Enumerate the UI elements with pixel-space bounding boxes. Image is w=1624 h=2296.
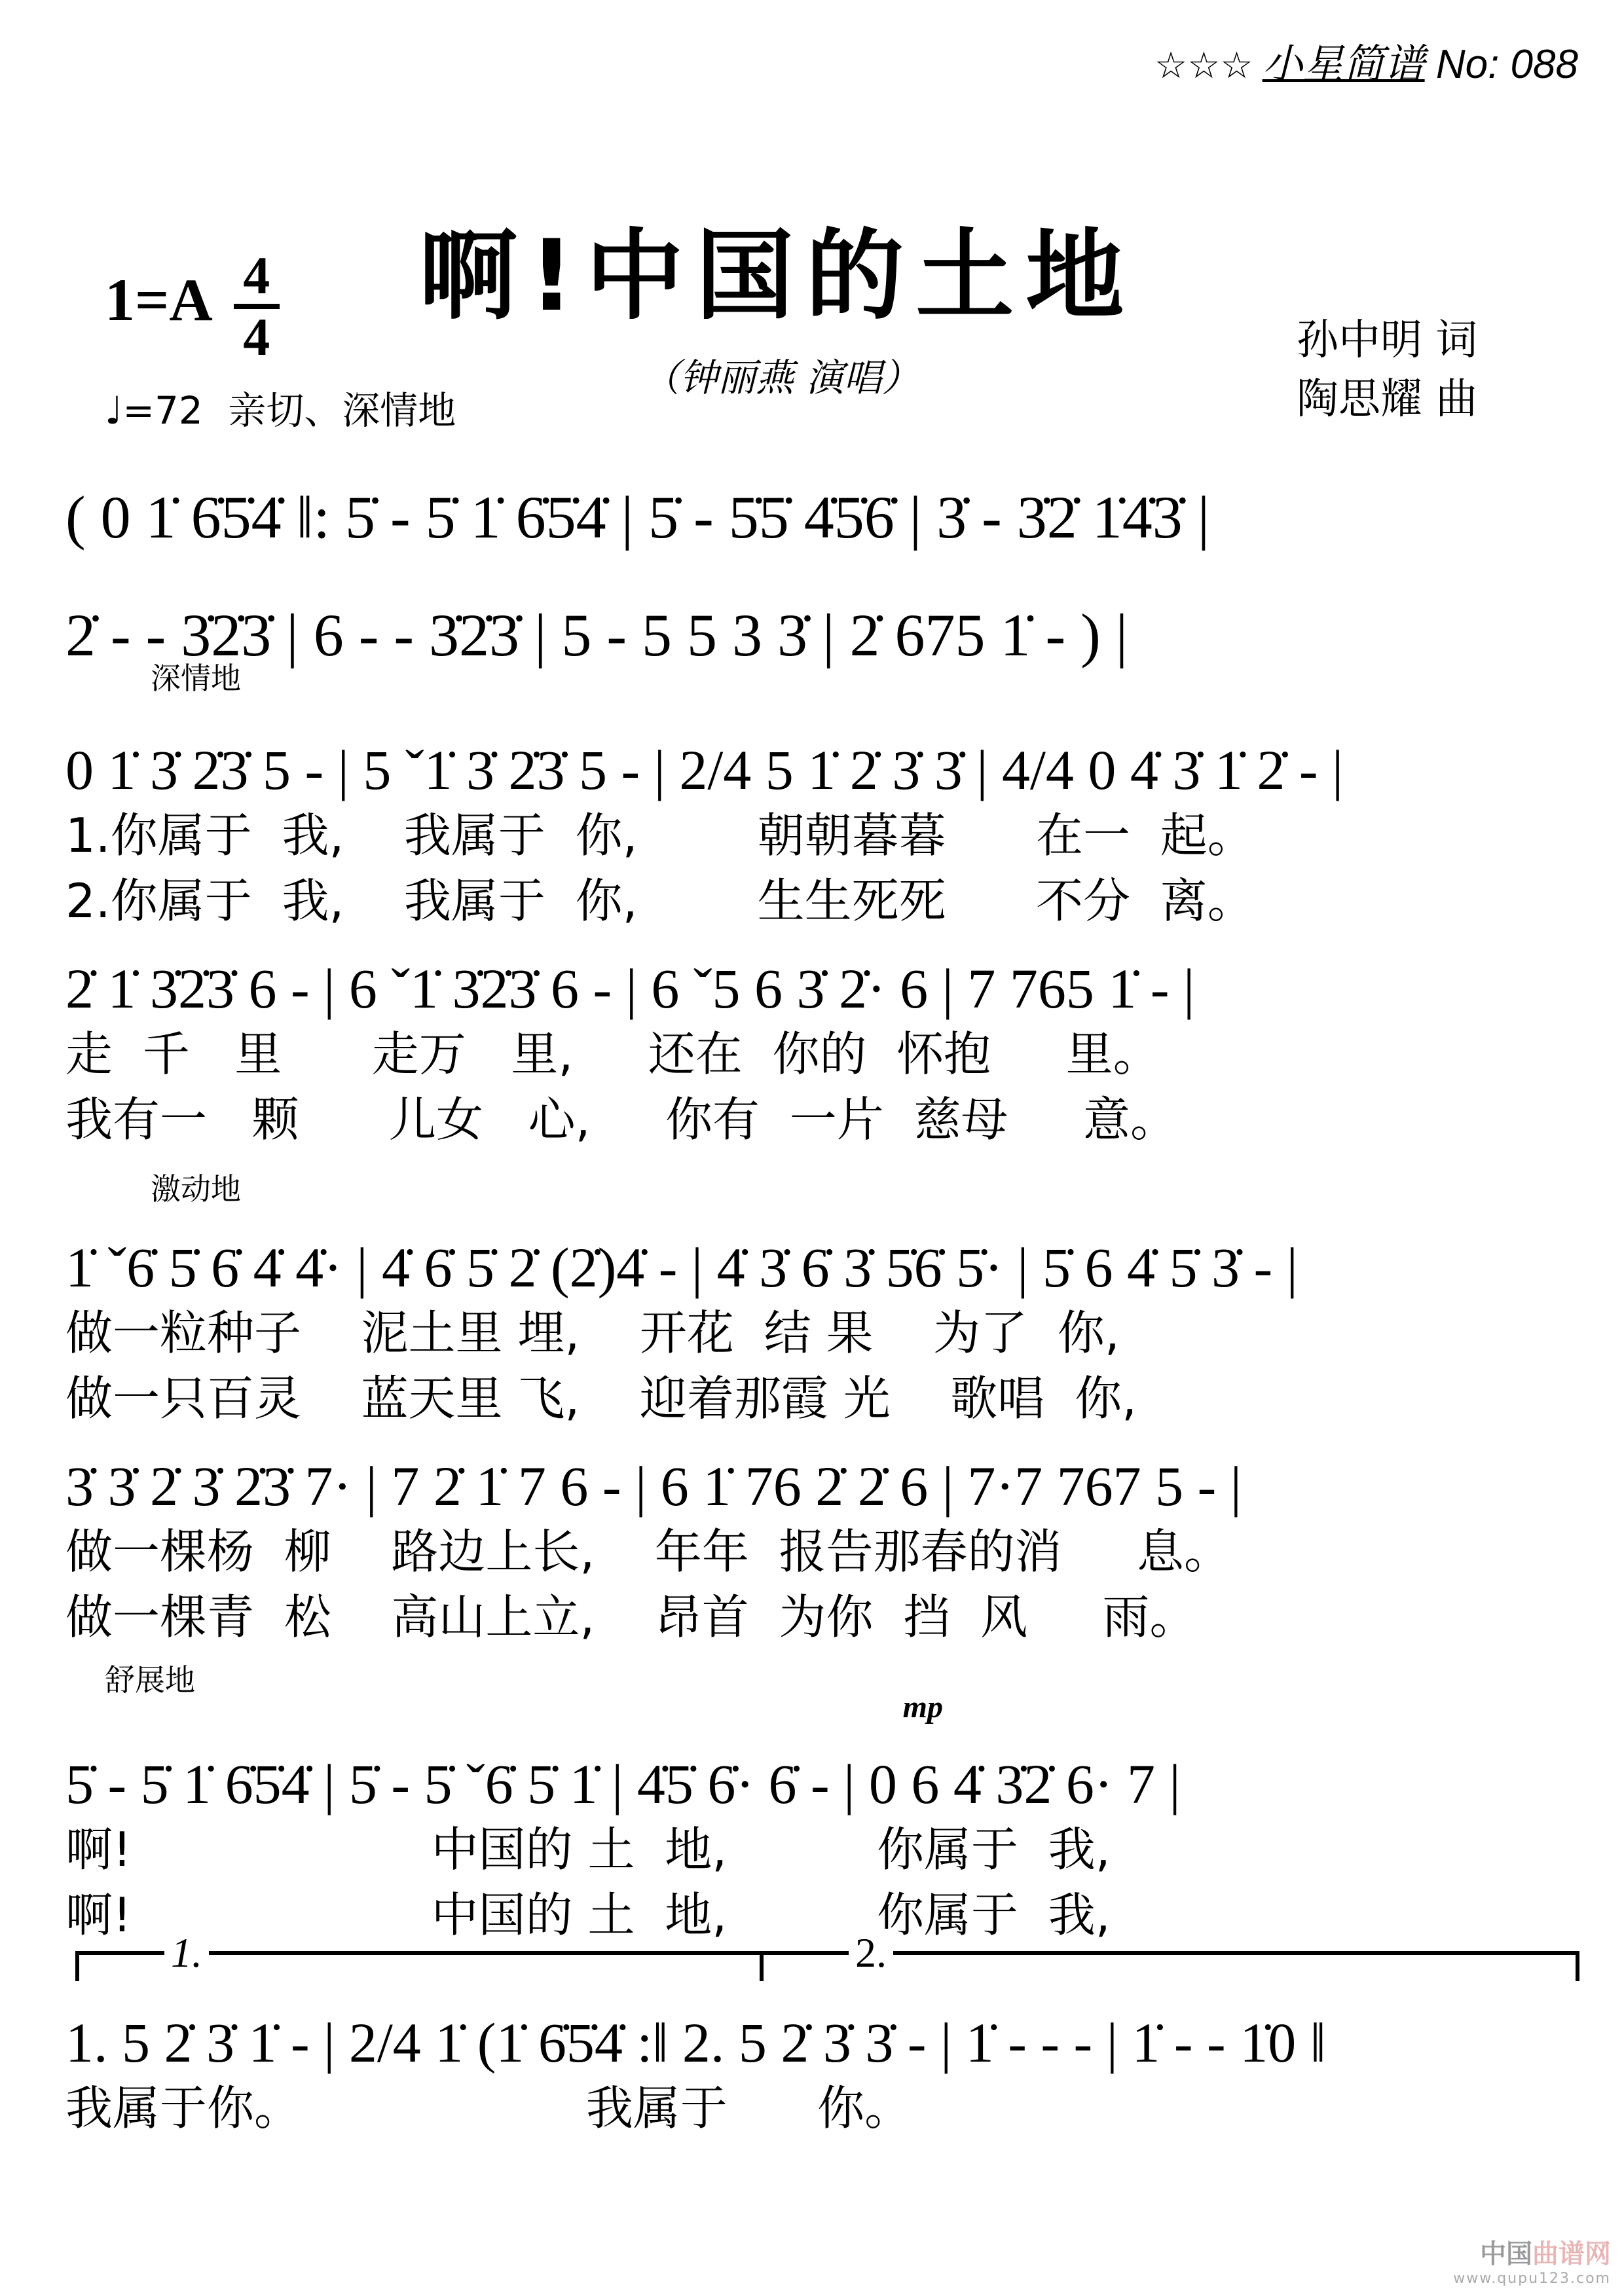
system-4: 2̇ 1̇ 3̇2̇3̇ 6 - | 6 ˇ1̇ 3̇2̇3̇ 6 - | 6 … [65, 930, 1545, 1152]
score-number: No: 088 [1436, 42, 1578, 87]
volta-2-label: 2. [849, 1929, 893, 1977]
expression-mark: 激动地 [151, 1165, 1545, 1209]
site-watermark: 中国曲谱网 www.qupu123.com [1453, 2233, 1611, 2287]
brand-link[interactable]: 小星简谱 [1263, 42, 1425, 87]
time-sig-bottom: 4 [234, 310, 280, 364]
system-5: 激动地 1̇ ˇ6̇ 5̇ 6̇ 4̇ 4̇· | 4̇ 6̇ 5̇ 2̇ (2… [65, 1165, 1545, 1431]
lyric-verse-2: 做一棵青 松 高山上立, 昂首 为你 挡 风 雨。 [65, 1584, 1545, 1650]
time-sig-top: 4 [234, 249, 280, 302]
notation-line: ( 0 1̇ 6̇5̇4̇ ‖: 5̇ - 5̇ 1̇ 6̇5̇4̇ | 5̇ … [65, 458, 1545, 550]
lyric-verse-2: 2.你属于 我, 我属于 你, 生生死死 不分 离。 [65, 868, 1545, 934]
expression-mark: 深情地 [151, 655, 1545, 698]
lyric-verse-2: 我有一 颗 儿女 心, 你有 一片 慈母 意。 [65, 1087, 1545, 1152]
system-1: ( 0 1̇ 6̇5̇4̇ ‖: 5̇ - 5̇ 1̇ 6̇5̇4̇ | 5̇ … [65, 458, 1545, 550]
system-3: 深情地 0 1̇ 3̇ 2̇3̇ 5 - | 5 ˇ1̇ 3̇ 2̇3̇ 5 -… [65, 655, 1545, 934]
lyric-verse-1: 我属于你。 我属于 你。 [65, 2075, 1545, 2141]
notation-line: 0 1̇ 3̇ 2̇3̇ 5 - | 5 ˇ1̇ 3̇ 2̇3̇ 5 - | 2… [65, 711, 1545, 803]
key: 1=A [105, 266, 210, 333]
collection-tag: ☆☆☆小星简谱 No: 088 [1154, 31, 1578, 90]
expression-mark: 舒展地 [105, 1656, 195, 1725]
dynamic-mark: mp [903, 1689, 943, 1725]
time-signature: 4 4 [234, 249, 280, 364]
watermark-name-a: 中国 [1480, 2239, 1532, 2269]
system-6: 3̇ 3̇ 2̇ 3̇ 2̇3̇ 7· | 7 2̇ 1̇ 7 6 - | 6 … [65, 1427, 1545, 1650]
notation-line: 5̇ - 5̇ 1̇ 6̇5̇4̇ | 5̇ - 5̇ ˇ6̇ 5̇ 1̇ | … [65, 1725, 1545, 1817]
volta-1-bracket: 1. [75, 1951, 760, 1981]
system-2: 2̇ - - 3̇2̇3̇ | 6 - - 3̇2̇3̇ | 5 - 5 5 3… [65, 576, 1545, 668]
lyric-verse-2: 做一只百灵 蓝天里 飞, 迎着那霞 光 歌唱 你, [65, 1366, 1545, 1431]
rating-stars-icon: ☆☆☆ [1154, 45, 1253, 86]
watermark-logo: 中国曲谱网 [1453, 2233, 1611, 2270]
watermark-url: www.qupu123.com [1453, 2270, 1611, 2287]
composer: 陶思耀 曲 [1297, 370, 1477, 429]
lyric-verse-1: 啊! 中国的 土 地, 你属于 我, [65, 1817, 1545, 1882]
watermark-name-b: 曲谱网 [1532, 2239, 1611, 2269]
notation-line: 1̇ ˇ6̇ 5̇ 6̇ 4̇ 4̇· | 4̇ 6̇ 5̇ 2̇ (2̇)4̇… [65, 1209, 1545, 1300]
expression: 亲切、深情地 [228, 388, 456, 433]
key-signature: 1=A 4 4 [105, 249, 280, 364]
notation-line: 2̇ - - 3̇2̇3̇ | 6 - - 3̇2̇3̇ | 5 - 5 5 3… [65, 576, 1545, 668]
lyric-verse-1: 做一粒种子 泥土里 埋, 开花 结 果 为了 你, [65, 1300, 1545, 1366]
system-7: 舒展地 mp 5̇ - 5̇ 1̇ 6̇5̇4̇ | 5̇ - 5̇ ˇ6̇ 5… [65, 1656, 1545, 1948]
song-title: 啊!中国的土地 [419, 196, 1135, 338]
lyric-verse-1: 1.你属于 我, 我属于 你, 朝朝暮暮 在一 起。 [65, 803, 1545, 868]
credits: 孙中明 词 陶思耀 曲 [1297, 311, 1477, 429]
system-8: 1. 2. 1. 5 2̇ 3̇ 1̇ - | 2/4 1̇ (1̇ 6̇5̇4… [65, 1938, 1545, 2141]
volta-2-bracket: 2. [760, 1951, 1579, 1981]
tempo: ♩=72 [105, 388, 203, 433]
tempo-marking: ♩=72 亲切、深情地 [105, 380, 456, 435]
notation-line: 3̇ 3̇ 2̇ 3̇ 2̇3̇ 7· | 7 2̇ 1̇ 7 6 - | 6 … [65, 1427, 1545, 1519]
lyricist: 孙中明 词 [1297, 311, 1477, 370]
performer: （钟丽燕 演唱） [642, 347, 919, 402]
notation-line: 2̇ 1̇ 3̇2̇3̇ 6 - | 6 ˇ1̇ 3̇2̇3̇ 6 - | 6 … [65, 930, 1545, 1021]
lyric-verse-1: 走 千 里 走万 里, 还在 你的 怀抱 里。 [65, 1021, 1545, 1087]
lyric-verse-1: 做一棵杨 柳 路边上长, 年年 报告那春的消 息。 [65, 1519, 1545, 1584]
volta-1-label: 1. [164, 1929, 209, 1977]
